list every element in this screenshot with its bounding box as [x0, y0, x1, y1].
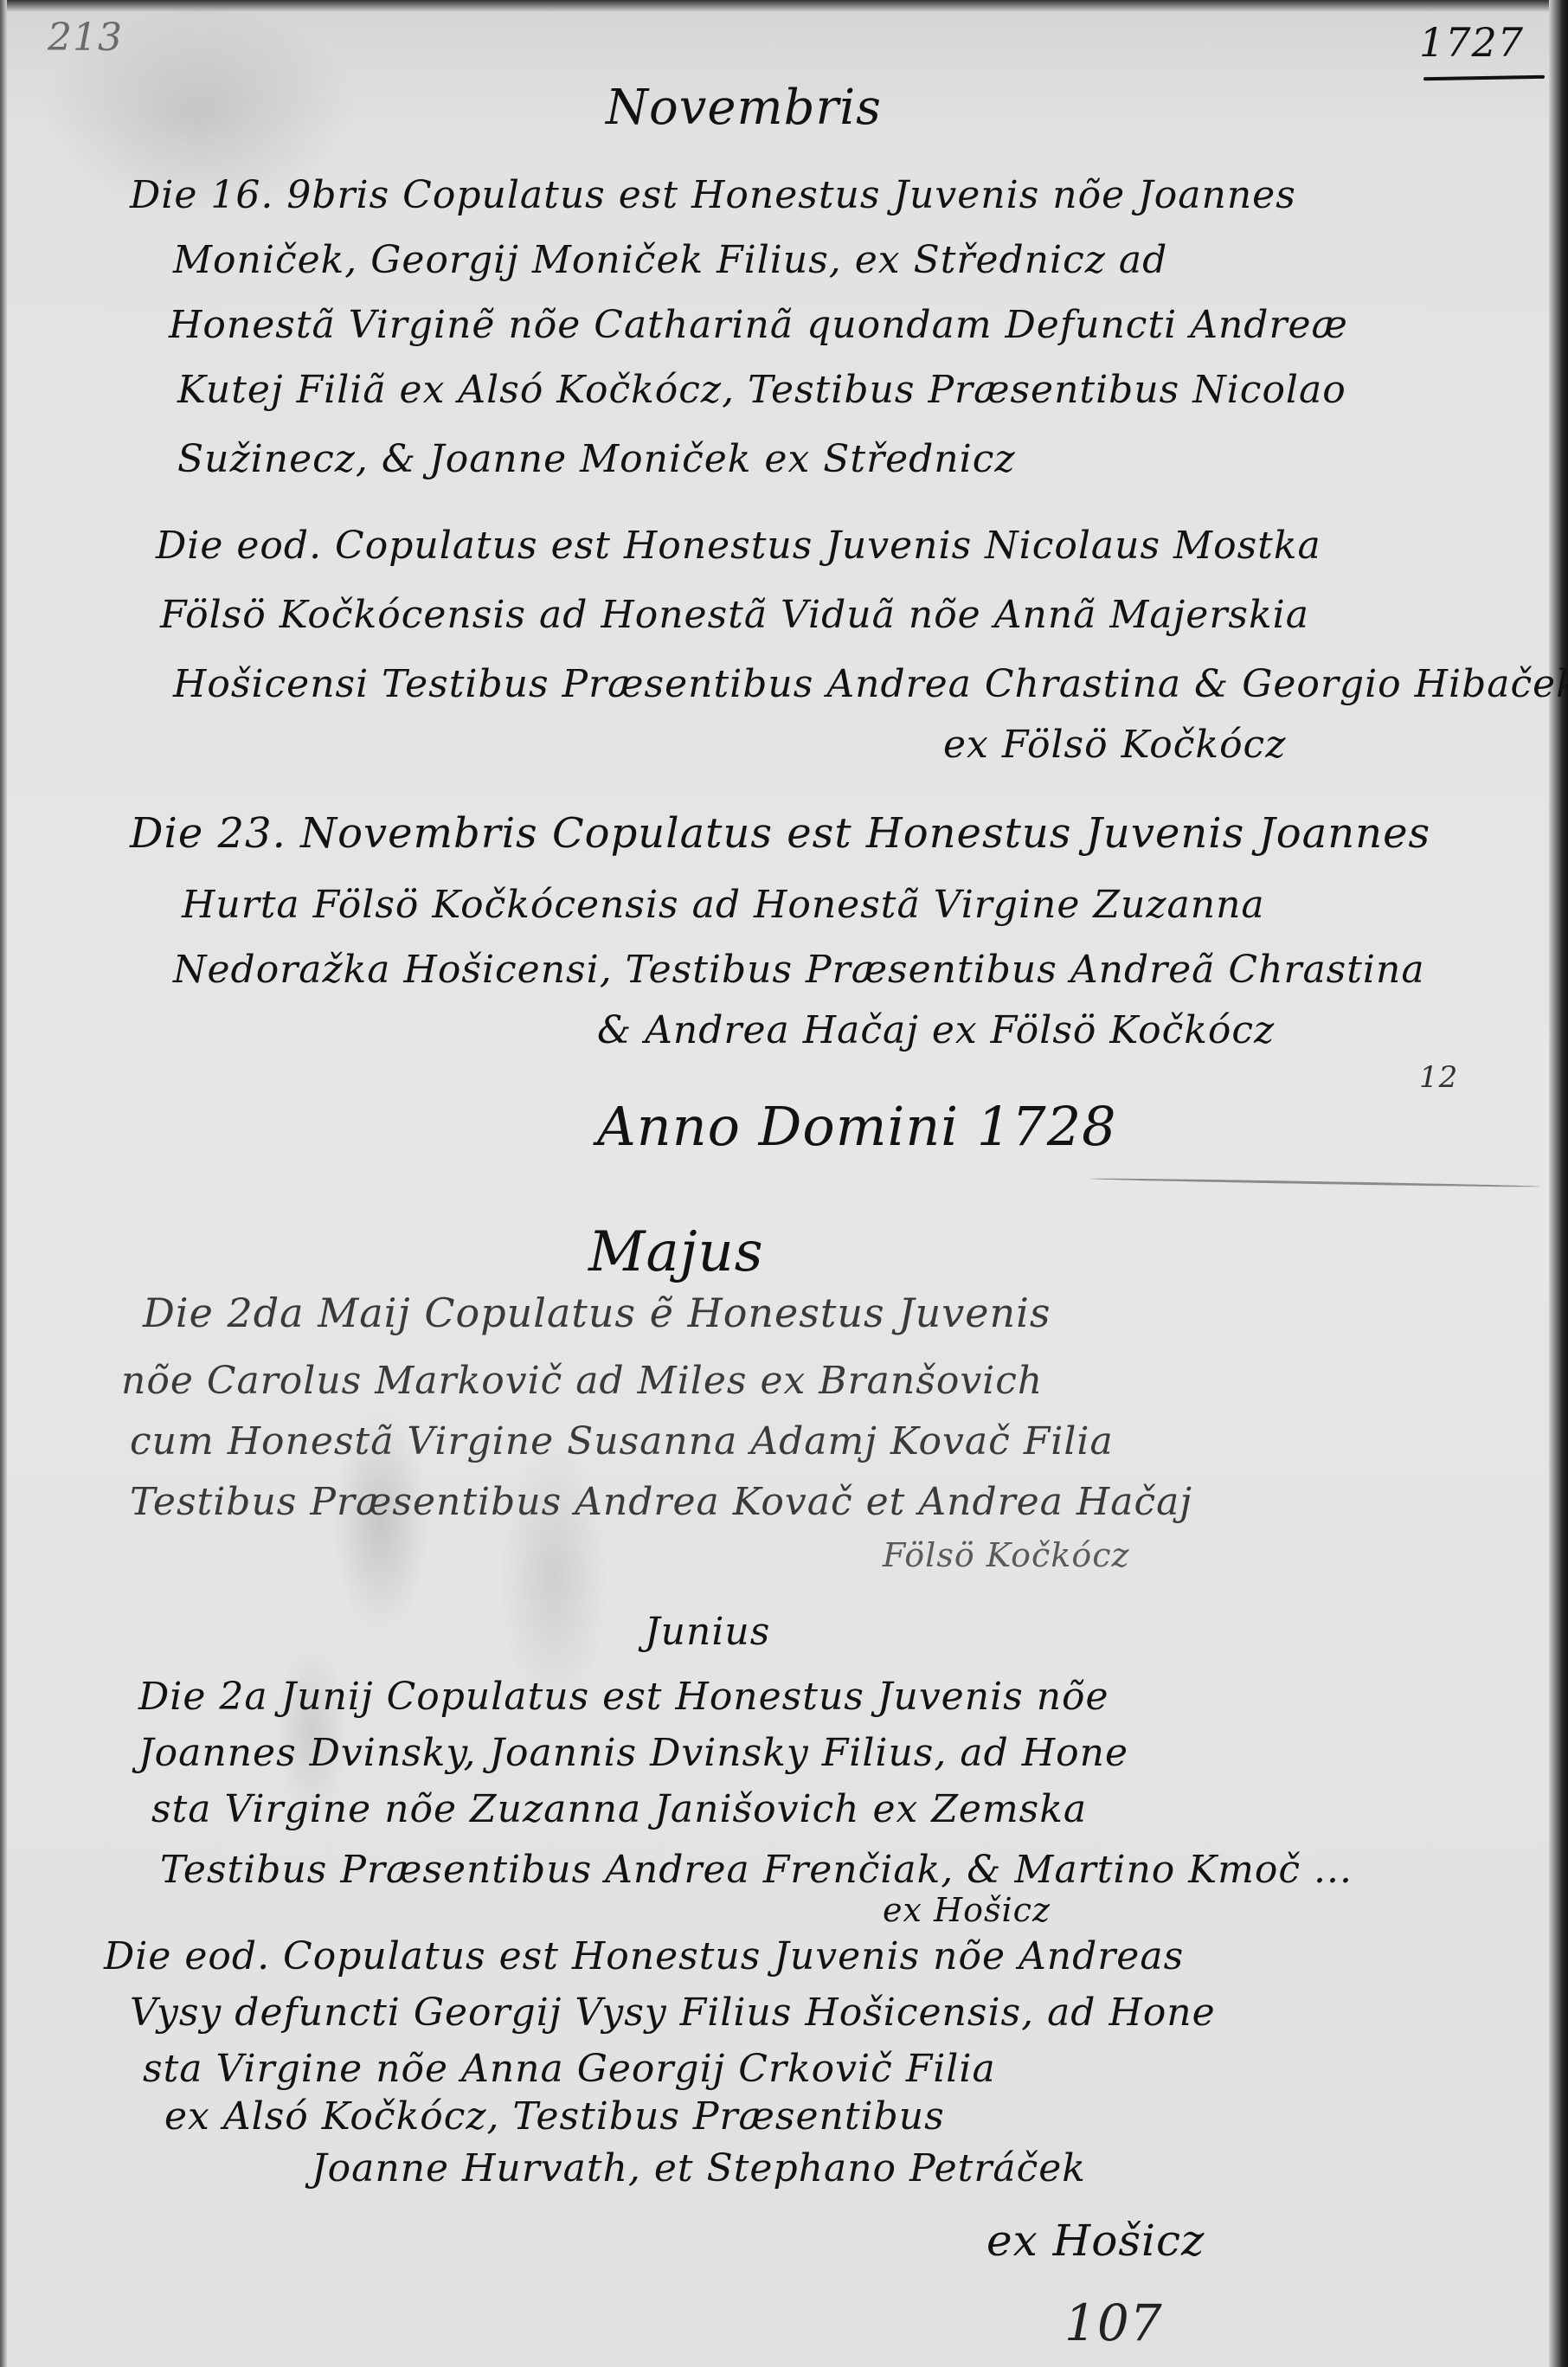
entry-line: Fölsö Kočkócz — [883, 1536, 1130, 1574]
bottom-page-number: 107 — [1064, 2293, 1163, 2352]
entry-line: Die eod. Copulatus est Honestus Juvenis … — [104, 1934, 1184, 1978]
page-left-edge — [0, 0, 7, 2367]
month-heading-november: Novembris — [606, 80, 882, 136]
entry-line: Moniček, Georgij Moniček Filius, ex Stře… — [173, 238, 1167, 282]
entry-line: Testibus Præsentibus Andrea Frenčiak, & … — [160, 1848, 1353, 1892]
entry-line: sta Virgine nõe Zuzanna Janišovich ex Ze… — [151, 1787, 1087, 1831]
entry-line: Joanne Hurvath, et Stephano Petráček — [312, 2146, 1086, 2190]
entry-line: ex Fölsö Kočkócz — [943, 723, 1286, 767]
entry-line: ex Alsó Kočkócz, Testibus Præsentibus — [164, 2094, 945, 2139]
entry-line: ex Hošicz — [986, 2216, 1205, 2266]
entry-line: Hurta Fölsö Kočkócensis ad Honestã Virgi… — [182, 883, 1265, 927]
entry-line: Kutej Filiã ex Alsó Kočkócz, Testibus Pr… — [177, 368, 1346, 412]
entry-line: Fölsö Kočkócensis ad Honestã Viduã nõe A… — [160, 593, 1309, 637]
entry-line: Honestã Virginẽ nõe Catharinã quondam De… — [169, 303, 1348, 347]
page-top-shadow — [0, 0, 1568, 12]
entry-line: ex Hošicz — [883, 1891, 1051, 1929]
decorative-rule — [1090, 1177, 1540, 1187]
binding-edge — [1549, 0, 1568, 2367]
year-header: 1727 — [1419, 19, 1524, 66]
entry-line: Vysy defuncti Georgij Vysy Filius Hošice… — [130, 1991, 1216, 2035]
entry-line: Die eod. Copulatus est Honestus Juvenis … — [156, 524, 1321, 568]
entry-line: Die 16. 9bris Copulatus est Honestus Juv… — [130, 173, 1296, 217]
entry-line: Hošicensi Testibus Præsentibus Andrea Ch… — [173, 662, 1568, 706]
entry-line: Nedoražka Hošicensi, Testibus Præsentibu… — [173, 948, 1425, 992]
month-heading-may: Majus — [588, 1220, 764, 1284]
month-heading-june: Junius — [645, 1610, 770, 1654]
year-underline — [1423, 75, 1545, 80]
entry-line: Die 2a Junij Copulatus est Honestus Juve… — [138, 1675, 1109, 1719]
entry-line: Die 2da Maij Copulatus ẽ Honestus Juveni… — [143, 1290, 1051, 1336]
entry-line: Testibus Præsentibus Andrea Kovač et And… — [130, 1480, 1192, 1524]
year-heading-1728: Anno Domini 1728 — [597, 1095, 1117, 1158]
entry-line: Joannes Dvinsky, Joannis Dvinsky Filius,… — [138, 1731, 1128, 1775]
entry-line: cum Honestã Virgine Susanna Adamj Kovač … — [130, 1419, 1114, 1463]
entry-line: nõe Carolus Markovič ad Miles ex Branšov… — [121, 1359, 1043, 1403]
register-page: 213 1727 Novembris Die 16. 9bris Copulat… — [0, 0, 1568, 2367]
entry-line: Sužinecz, & Joanne Moniček ex Střednicz — [177, 437, 1016, 481]
entry-line: Die 23. Novembris Copulatus est Honestus… — [130, 809, 1430, 858]
margin-mark: 12 — [1419, 1060, 1458, 1095]
folio-number: 213 — [48, 16, 123, 60]
entry-line: & Andrea Hačaj ex Fölsö Kočkócz — [597, 1008, 1275, 1052]
entry-line: sta Virgine nõe Anna Georgij Crkovič Fil… — [143, 2047, 996, 2091]
